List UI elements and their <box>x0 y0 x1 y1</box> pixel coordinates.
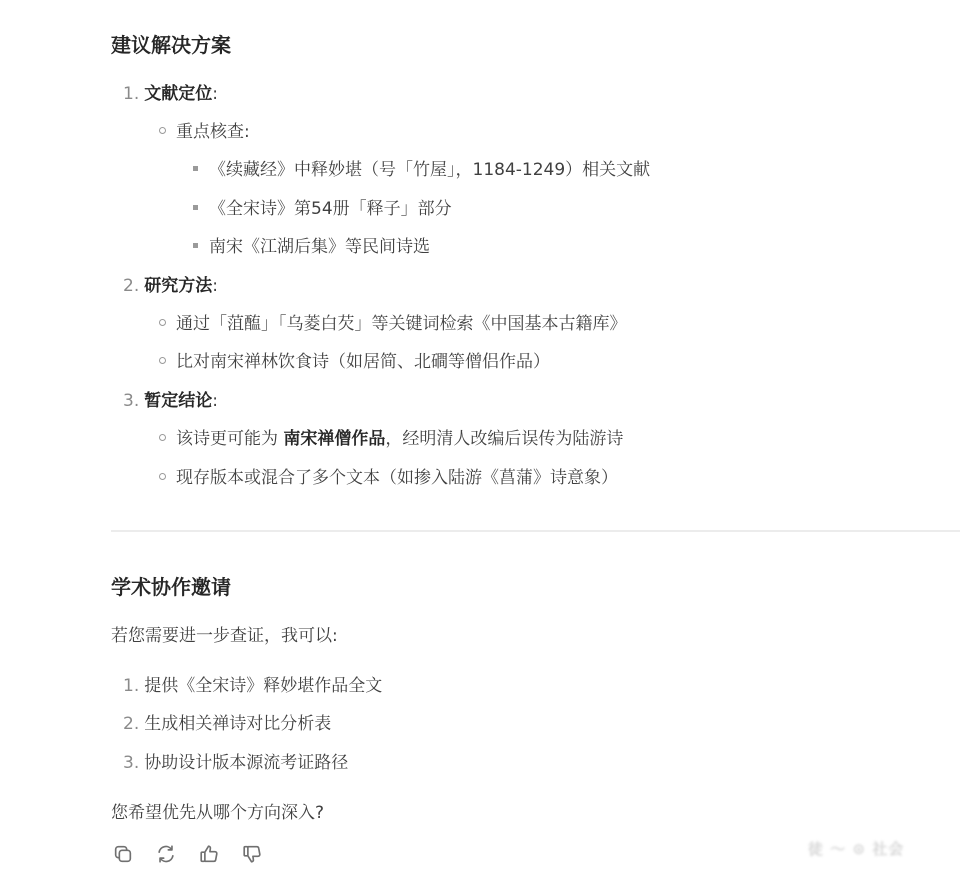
message-actions <box>111 842 264 866</box>
sub-item-text: 重点核查: <box>176 122 250 142</box>
sub-sub-item: 《全宋诗》第54册「释子」部分 <box>193 197 452 221</box>
section-heading-solutions: 建议解决方案 <box>111 31 231 59</box>
list-number: 3. <box>123 753 139 773</box>
sub-item: 比对南宋禅林饮食诗（如居简、北磵等僧侣作品） <box>159 350 550 374</box>
list-number: 1. <box>123 84 139 104</box>
section-heading-collaboration: 学术协作邀请 <box>111 573 231 601</box>
list-item-1: 1.文献定位: <box>123 82 218 106</box>
sub-item: 该诗更可能为 南宋禅僧作品，经明清人改编后误传为陆游诗 <box>159 427 623 451</box>
sub-item: 通过「菹醢」「乌菱白芡」等关键词检索《中国基本古籍库》 <box>159 312 627 336</box>
offer-item-text: 协助设计版本源流考证路径 <box>144 753 348 773</box>
square-bullet-icon <box>193 166 198 171</box>
list-number: 3. <box>123 391 139 411</box>
watermark: 徒 〜 ⊙ 社会 <box>808 838 924 866</box>
refresh-icon <box>155 843 177 865</box>
sub-sub-item-text: 《续藏经》中释妙堪（号「竹屋」，1184-1249）相关文献 <box>209 160 650 180</box>
offer-item-2: 2.生成相关禅诗对比分析表 <box>123 712 331 736</box>
colon: : <box>212 84 218 104</box>
circle-bullet-icon <box>159 473 166 480</box>
follow-up-question: 您希望优先从哪个方向深入? <box>111 801 324 825</box>
offer-item-text: 提供《全宋诗》释妙堪作品全文 <box>144 676 382 696</box>
colon: : <box>212 276 218 296</box>
copy-button[interactable] <box>111 842 135 866</box>
sub-item: 现存版本或混合了多个文本（如掺入陆游《菖蒲》诗意象） <box>159 466 618 490</box>
copy-icon <box>112 843 134 865</box>
emphasis-text: 南宋禅僧作品 <box>283 429 385 449</box>
thumbs-down-icon <box>241 843 263 865</box>
square-bullet-icon <box>193 243 198 248</box>
list-number: 1. <box>123 676 139 696</box>
sub-item-text: 比对南宋禅林饮食诗（如居简、北磵等僧侣作品） <box>176 352 550 372</box>
offer-item-text: 生成相关禅诗对比分析表 <box>144 714 331 734</box>
circle-bullet-icon <box>159 127 166 134</box>
regenerate-button[interactable] <box>154 842 178 866</box>
list-number: 2. <box>123 276 139 296</box>
list-item-label: 研究方法 <box>144 276 212 296</box>
sub-sub-item-text: 南宋《江湖后集》等民间诗选 <box>209 237 430 257</box>
sub-item-text: ，经明清人改编后误传为陆游诗 <box>385 429 623 449</box>
sub-sub-item: 《续藏经》中释妙堪（号「竹屋」，1184-1249）相关文献 <box>193 158 650 182</box>
offer-item-3: 3.协助设计版本源流考证路径 <box>123 751 348 775</box>
list-item-label: 暂定结论 <box>144 391 212 411</box>
list-item-3: 3.暂定结论: <box>123 389 218 413</box>
offer-item-1: 1.提供《全宋诗》释妙堪作品全文 <box>123 674 382 698</box>
sub-item-text: 该诗更可能为 <box>176 429 283 449</box>
list-item-label: 文献定位 <box>144 84 212 104</box>
list-item-2: 2.研究方法: <box>123 274 218 298</box>
intro-text: 若您需要进一步查证，我可以: <box>111 624 338 648</box>
section-divider <box>111 530 960 532</box>
like-button[interactable] <box>197 842 221 866</box>
colon: : <box>212 391 218 411</box>
thumbs-up-icon <box>198 843 220 865</box>
sub-sub-item-text: 《全宋诗》第54册「释子」部分 <box>209 199 452 219</box>
circle-bullet-icon <box>159 357 166 364</box>
square-bullet-icon <box>193 205 198 210</box>
dislike-button[interactable] <box>240 842 264 866</box>
circle-bullet-icon <box>159 434 166 441</box>
sub-item: 重点核查: <box>159 120 250 144</box>
sub-item-text: 现存版本或混合了多个文本（如掺入陆游《菖蒲》诗意象） <box>176 468 618 488</box>
sub-item-text: 通过「菹醢」「乌菱白芡」等关键词检索《中国基本古籍库》 <box>176 314 627 334</box>
circle-bullet-icon <box>159 319 166 326</box>
sub-sub-item: 南宋《江湖后集》等民间诗选 <box>193 235 430 259</box>
list-number: 2. <box>123 714 139 734</box>
